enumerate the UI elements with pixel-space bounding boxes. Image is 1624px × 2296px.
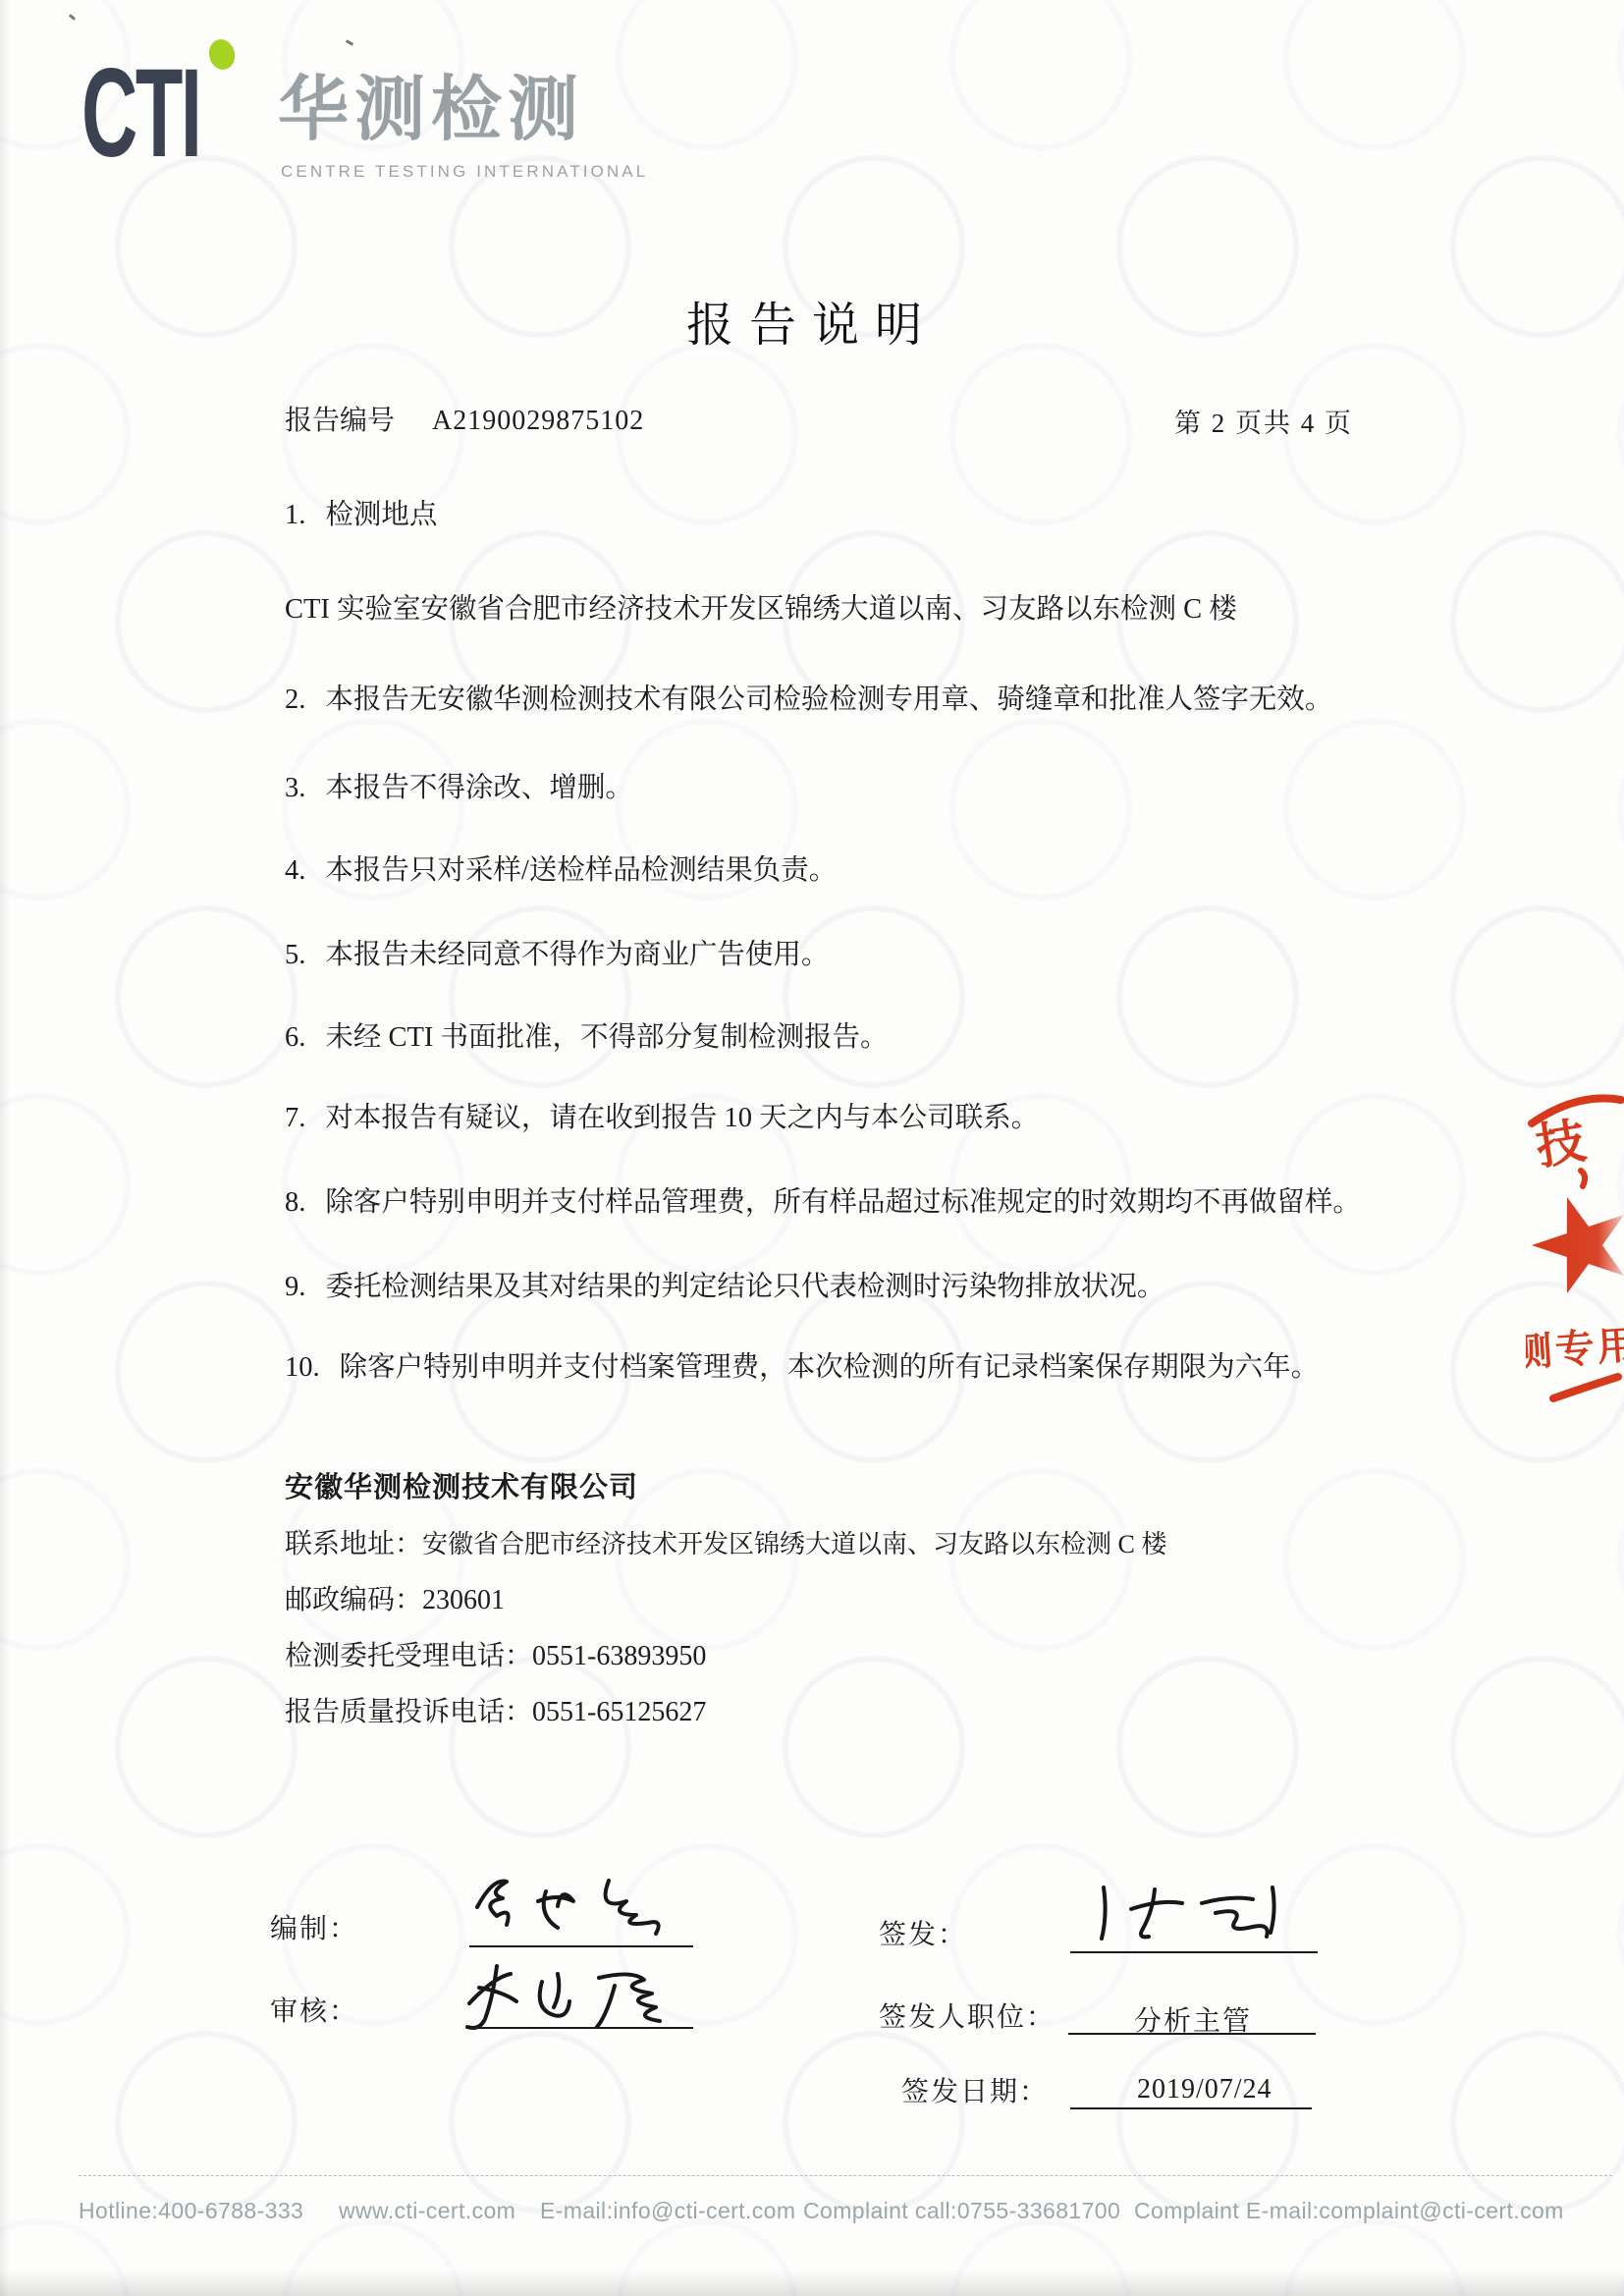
prepared-by-label: 编制：	[270, 1907, 358, 1946]
company-contact-block: 安徽华测检测技术有限公司 联系地址：安徽省合肥市经济技术开发区锦绣大道以南、习友…	[285, 1465, 1166, 1729]
note-item: 1.检测地点	[285, 498, 437, 533]
issuer-title-label: 签发人职位：	[879, 1995, 1056, 2035]
footer-complaint-email: Complaint E-mail:complaint@cti-cert.com	[1134, 2198, 1564, 2224]
scan-edge-shadow-bottom	[0, 2270, 1624, 2296]
seal-chars-bottom: 测专用	[1526, 1323, 1624, 1376]
note-item: 7.对本报告有疑议，请在收到报告 10 天之内与本公司联系。	[285, 1101, 1039, 1136]
accept-phone-value: 0551-63893950	[532, 1641, 706, 1671]
seal-char-top: 技	[1533, 1113, 1590, 1175]
note-item: 10.除客户特别申明并支付档案管理费，本次检测的所有记录档案保存期限为六年。	[285, 1350, 1319, 1386]
scan-speck	[69, 14, 76, 21]
reviewed-by-signature	[450, 1958, 695, 2035]
footer-divider	[79, 2175, 1612, 2176]
postcode-value: 230601	[422, 1585, 505, 1615]
complaint-phone-label: 报告质量投诉电话：	[285, 1697, 532, 1727]
reviewed-by-label: 审核：	[270, 1990, 358, 2029]
note-item: 2.本报告无安徽华测检测技术有限公司检验检测专用章、骑缝章和批准人签字无效。	[285, 683, 1332, 718]
prepared-signature-line	[469, 1945, 693, 1947]
note-item: 6.未经 CTI 书面批准，不得部分复制检测报告。	[285, 1020, 889, 1056]
issue-date-line	[1070, 2107, 1312, 2109]
footer-email: E-mail:info@cti-cert.com	[540, 2198, 795, 2224]
note-item: 8.除客户特别申明并支付样品管理费，所有样品超过标准规定的时效期均不再做留样。	[285, 1185, 1361, 1221]
cti-logo-text: CTI	[81, 51, 199, 177]
seal-arc-bottom	[1553, 1377, 1618, 1398]
issued-by-label: 签发：	[879, 1913, 967, 1952]
cti-logo-subtitle: CENTRE TESTING INTERNATIONAL	[281, 162, 648, 182]
note-item: 9.委托检测结果及其对结果的判定结论只代表检测时污染物排放状况。	[285, 1270, 1164, 1305]
page-title: 报告说明	[0, 287, 1624, 355]
prepared-by-signature	[461, 1872, 689, 1942]
footer-hotline: Hotline:400-6788-333	[79, 2198, 303, 2224]
page-indicator: 第 2 页共 4 页	[1174, 402, 1353, 440]
issuer-title-line	[1068, 2033, 1316, 2035]
report-number-row: 报告编号A2190029875102	[285, 399, 644, 438]
cti-logo-chinese: 华测检测	[278, 75, 584, 145]
official-seal-fragment: 技 测专用	[1526, 1086, 1624, 1410]
cti-logo-green-dot-icon	[206, 36, 239, 72]
scan-speck	[346, 39, 353, 45]
issue-date-label: 签发日期：	[901, 2070, 1049, 2109]
company-name: 安徽华测检测技术有限公司	[285, 1465, 1166, 1505]
complaint-phone-value: 0551-65125627	[532, 1697, 706, 1727]
issued-signature-line	[1070, 1951, 1318, 1953]
issue-date-value: 2019/07/24	[1137, 2074, 1272, 2105]
note-item: 4.本报告只对采样/送检样品检测结果负责。	[285, 853, 837, 889]
footer-complaint-call: Complaint call:0755-33681700	[803, 2198, 1120, 2224]
report-page: CTI 华测检测 CENTRE TESTING INTERNATIONAL 报告…	[0, 0, 1624, 2296]
address-value: 安徽省合肥市经济技术开发区锦绣大道以南、习友路以东检测 C 楼	[422, 1530, 1166, 1558]
note-item: 5.本报告未经同意不得作为商业广告使用。	[285, 938, 829, 973]
report-number-label: 报告编号	[285, 406, 395, 436]
accept-phone-label: 检测委托受理电话：	[285, 1641, 532, 1671]
reviewed-signature-line	[469, 2027, 693, 2029]
seal-tick	[1581, 1171, 1585, 1186]
address-label: 联系地址：	[285, 1529, 422, 1559]
footer-website: www.cti-cert.com	[339, 2198, 515, 2224]
postcode-label: 邮政编码：	[285, 1585, 422, 1615]
note-item: 3.本报告不得涂改、增删。	[285, 771, 633, 806]
seal-star-icon	[1532, 1197, 1624, 1293]
note-item: CTI 实验室安徽省合肥市经济技术开发区锦绣大道以南、习友路以东检测 C 楼	[285, 592, 1237, 628]
issued-by-signature	[1088, 1882, 1324, 1946]
report-number-value: A2190029875102	[432, 406, 644, 436]
